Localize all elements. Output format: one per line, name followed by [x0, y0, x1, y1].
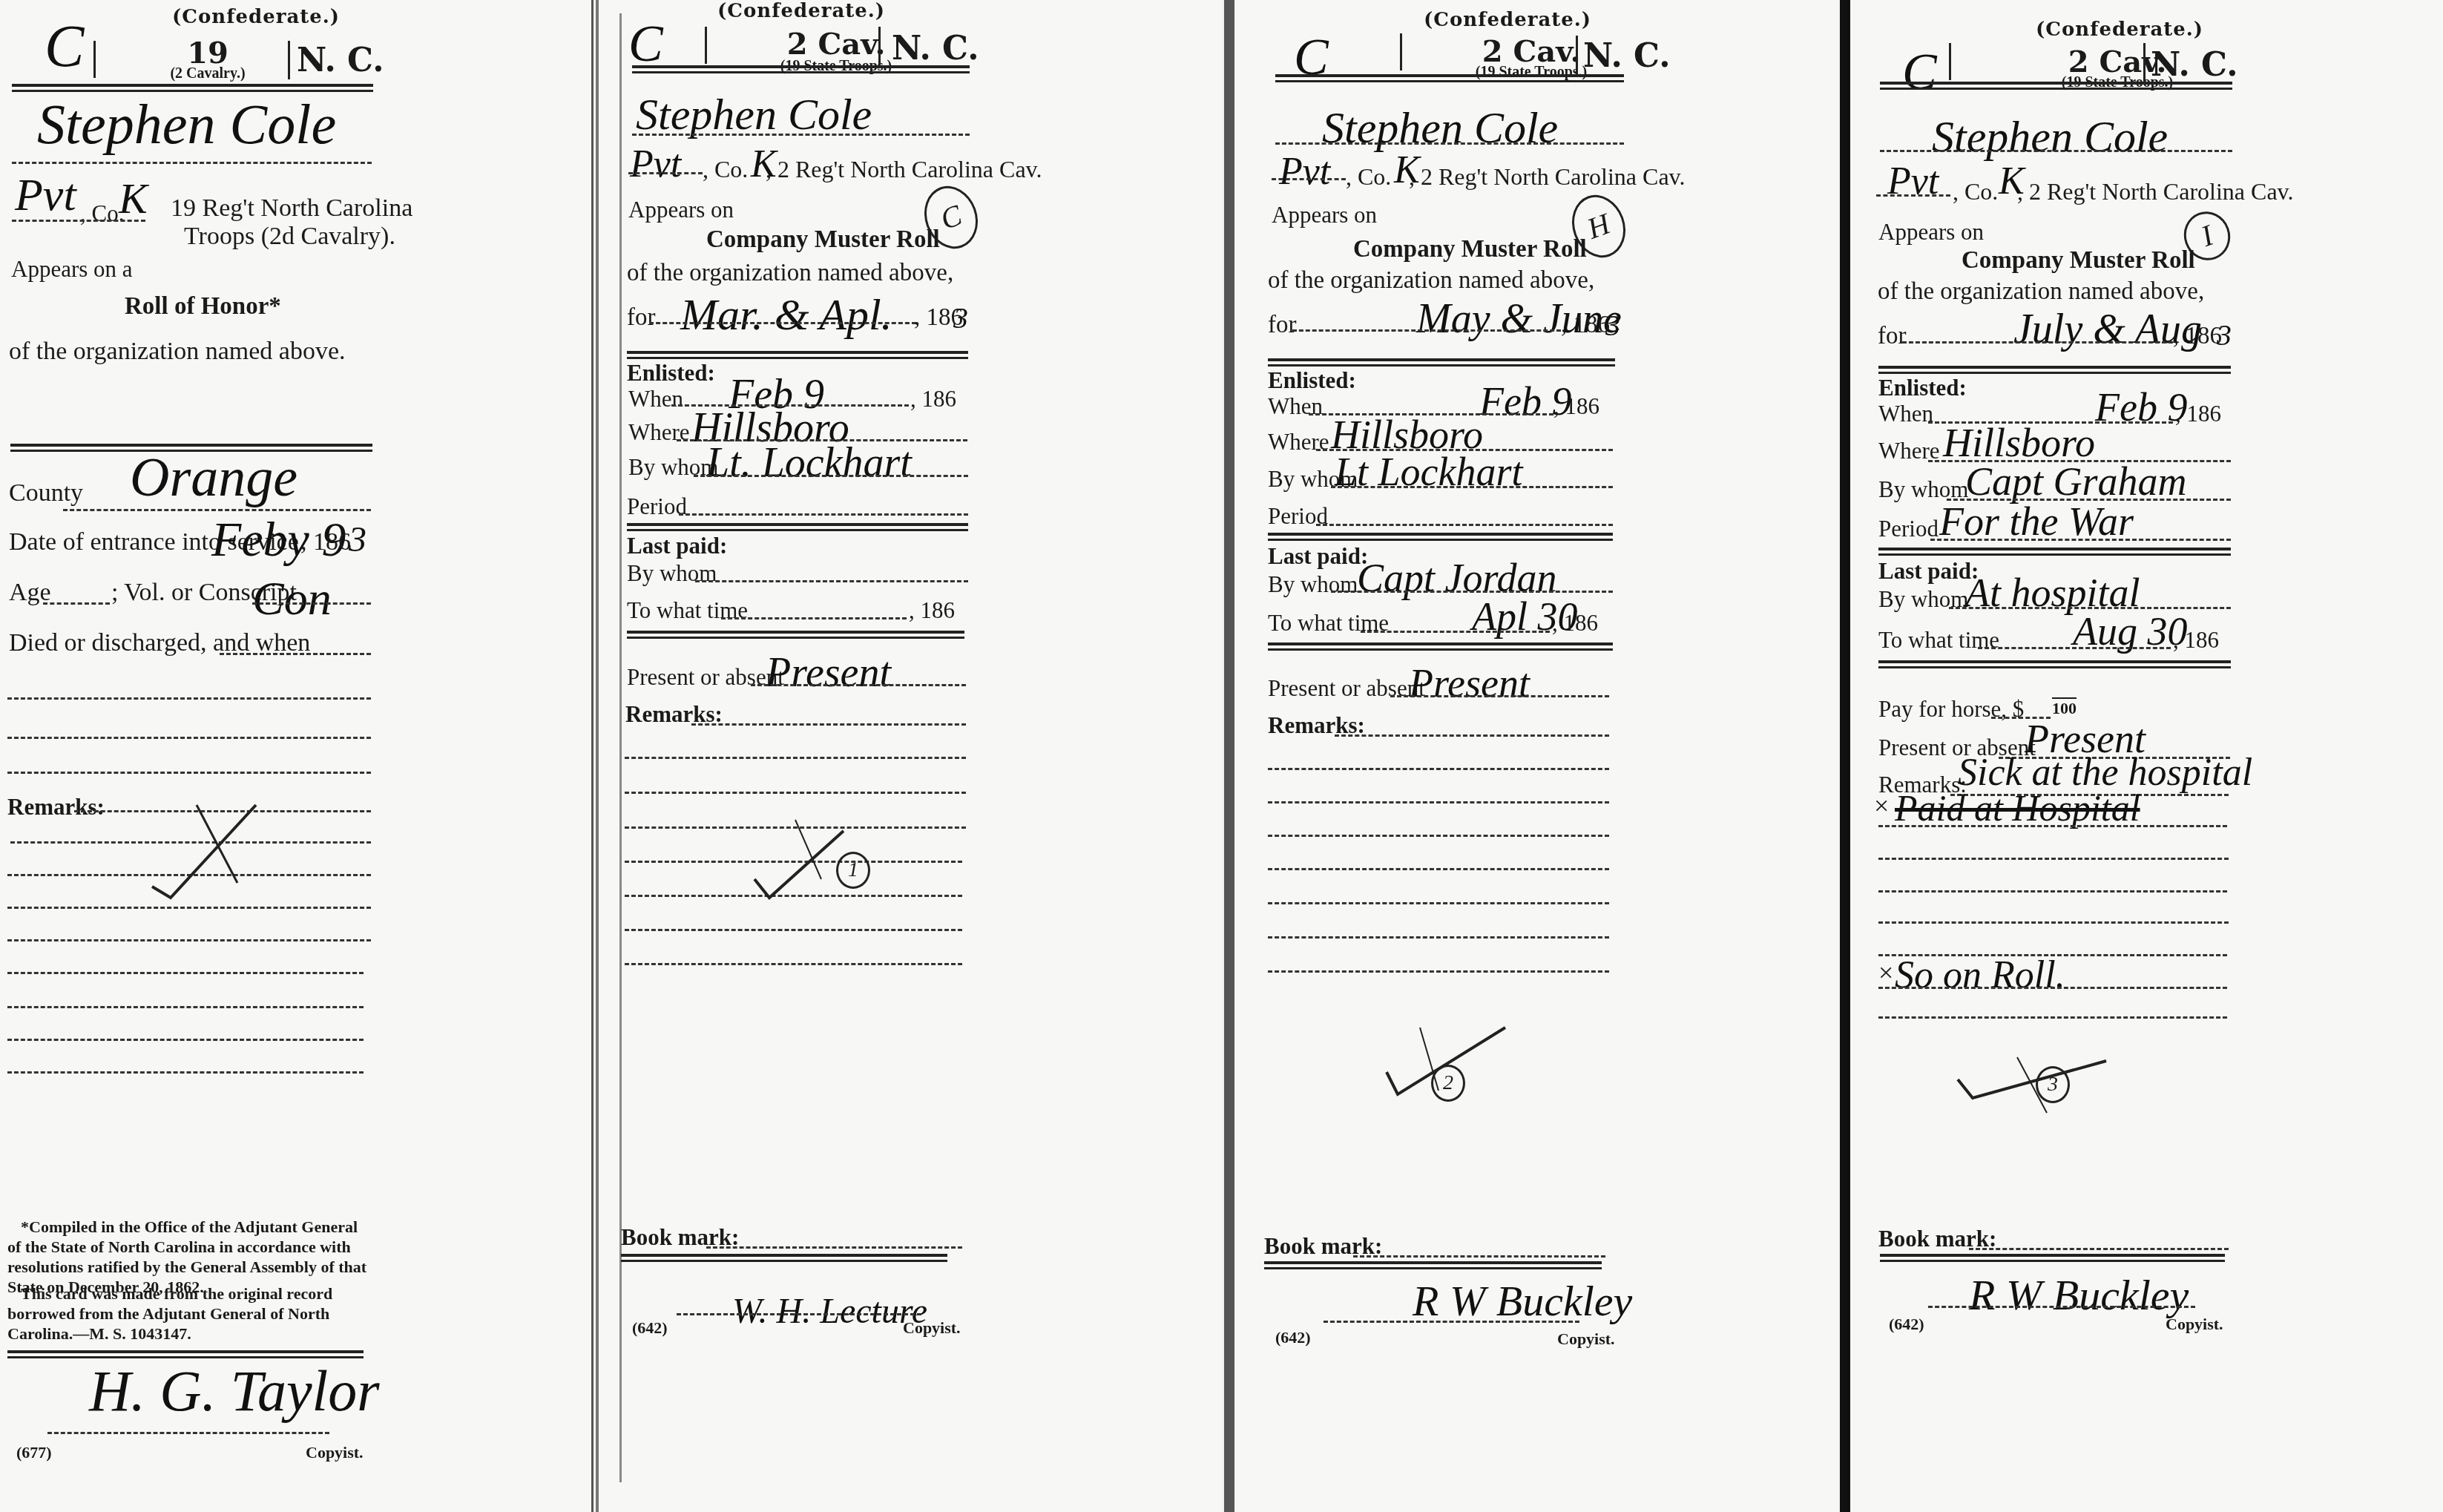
card-roll-of-honor: (Confederate.) C 19 (2 Cavalry.) N. C. S…: [0, 0, 594, 1512]
rank-line: [1876, 194, 1950, 197]
soldier-name: Stephen Cole: [1322, 102, 1558, 154]
remarks-x-mark: ×: [1878, 957, 1893, 988]
where-label: Where: [1268, 429, 1329, 456]
double-rule: [12, 84, 373, 92]
period-line: [1316, 524, 1613, 526]
roll-title: Company Muster Roll: [706, 226, 940, 254]
to-what-time-label: To what time: [1878, 627, 1999, 654]
double-rule: [621, 1254, 947, 1262]
remarks-line: [625, 792, 966, 794]
when-year: , 186: [2175, 401, 2221, 427]
for-year-suffix: 3: [2217, 318, 2232, 352]
rank-line: [1272, 178, 1346, 180]
paid-by-whom-line: [695, 580, 968, 582]
to-what-time-year: , 186: [2173, 627, 2219, 654]
last-paid-label: Last paid:: [1878, 558, 1979, 585]
remarks-label: Remarks:: [7, 794, 105, 821]
divider: [93, 41, 96, 78]
soldier-name: Stephen Cole: [636, 89, 872, 140]
for-period-value: Mar. & Apl.: [680, 289, 892, 341]
divider: [2143, 43, 2146, 82]
enlisted-label: Enlisted:: [1268, 367, 1356, 394]
organization-text: of the organization named above,: [1878, 278, 2204, 306]
remarks-line: [625, 929, 962, 931]
state-abbrev: N. C.: [1583, 37, 1671, 75]
for-label: for: [627, 304, 655, 332]
period-value: For the War: [1939, 499, 2134, 545]
organization-text: of the organization named above.: [9, 338, 346, 366]
double-rule: [627, 523, 968, 531]
period-label: Period: [627, 493, 687, 520]
period-line: [1930, 539, 2231, 541]
copyist-label: Copyist.: [2166, 1315, 2223, 1334]
double-rule: [1268, 358, 1615, 367]
rank-line: [12, 220, 145, 222]
name-line: [1880, 150, 2232, 152]
confederate-header: (Confederate.): [2036, 19, 2203, 41]
divider: [1949, 43, 1951, 80]
rank: Pvt: [15, 169, 76, 222]
when-label: When: [1878, 401, 1933, 427]
enlisted-by-whom-value: Capt Graham: [1965, 458, 2187, 504]
circled-number-mark: 2: [1431, 1065, 1465, 1102]
entrance-year-prefix: , 186: [300, 528, 351, 556]
present-line: [751, 684, 966, 686]
regiment-text: , 2 Reg't North Carolina Cav.: [766, 156, 1042, 183]
regiment-line-1: 19 Reg't North Carolina: [171, 194, 412, 223]
remarks-line: [7, 1006, 364, 1008]
double-rule: [1878, 660, 2231, 668]
regiment-text: , 2 Reg't North Carolina Cav.: [1409, 163, 1686, 191]
present-absent-value: Present: [1409, 660, 1530, 706]
when-label: When: [628, 386, 683, 412]
remarks-line: [1268, 936, 1609, 939]
remarks-line: [691, 723, 966, 726]
last-paid-label: Last paid:: [1268, 543, 1368, 570]
book-mark-line: [706, 1246, 962, 1249]
county-value: Orange: [130, 447, 297, 510]
name-line: [632, 134, 970, 136]
remarks-line: [625, 963, 962, 965]
for-year-suffix: 3: [1605, 308, 1620, 343]
copyist-signature: R W Buckley: [1413, 1276, 1632, 1326]
form-number: (642): [1889, 1315, 1924, 1334]
remarks-line: [1268, 835, 1609, 837]
present-absent-label: Present or absent: [1268, 675, 1425, 702]
company-label: , Co.: [1953, 178, 1998, 206]
card-border: [619, 13, 622, 1482]
roll-title: Company Muster Roll: [1962, 247, 2195, 275]
state-abbrev: N. C.: [297, 42, 384, 79]
regiment-text: , 2 Reg't North Carolina Cav.: [2017, 178, 2294, 206]
circled-number-mark: 1: [836, 852, 870, 889]
present-line: [1390, 695, 1609, 697]
name-line: [12, 162, 372, 164]
confederate-header: (Confederate.): [1424, 9, 1591, 31]
county-line: [63, 509, 371, 511]
card-initial: C: [45, 13, 84, 81]
by-whom-line: [1331, 486, 1613, 488]
copyist-signature: R W Buckley: [1969, 1270, 2189, 1320]
remarks-line: [625, 757, 966, 759]
appears-on-text: Appears on a: [11, 256, 133, 283]
appears-on-text: Appears on: [1878, 219, 1984, 246]
signature-line: [1928, 1306, 2195, 1308]
divider: [705, 27, 707, 64]
remarks-line: [1268, 902, 1609, 904]
form-number: (642): [1275, 1328, 1311, 1347]
for-label: for: [1878, 323, 1906, 350]
divider: [1400, 33, 1402, 70]
vol-conscript-value: Con: [252, 571, 332, 626]
double-rule: [1275, 74, 1624, 82]
paid-by-whom-label: By whom: [627, 560, 717, 587]
soldier-name: Stephen Cole: [1932, 111, 2168, 162]
signature-line: [677, 1313, 921, 1315]
state-abbrev: N. C.: [892, 30, 979, 68]
book-mark-line: [1969, 1248, 2229, 1250]
copyist-label: Copyist.: [903, 1318, 961, 1338]
checkmark-icon: [1954, 1054, 2110, 1128]
divider: [1576, 36, 1578, 74]
where-label: Where: [628, 419, 690, 446]
died-line: [220, 653, 371, 655]
for-year-prefix: , 186: [2173, 323, 2222, 350]
remarks-line: [1268, 801, 1609, 803]
enlisted-label: Enlisted:: [627, 360, 715, 387]
to-what-time-line: [721, 617, 907, 619]
company-label: , Co.: [80, 200, 124, 227]
blank-line: [7, 737, 371, 739]
to-what-time-line: [1978, 647, 2171, 649]
name-line: [1275, 142, 1624, 145]
period-label: Period: [1878, 516, 1939, 542]
remarks-x-mark: ×: [1874, 790, 1889, 821]
for-label: for: [1268, 312, 1296, 339]
circled-number-mark: 3: [2036, 1066, 2070, 1103]
last-paid-label: Last paid:: [627, 533, 727, 559]
double-rule: [627, 351, 968, 359]
double-rule: [627, 631, 964, 639]
to-what-time-label: To what time: [627, 597, 748, 624]
confederate-header: (Confederate.): [717, 0, 885, 22]
remarks-line: [1268, 970, 1609, 973]
enlisted-by-whom-value: Lt. Lockhart: [706, 439, 912, 487]
unit-subtitle: (2 Cavalry.): [141, 65, 274, 82]
signature-line: [47, 1432, 329, 1434]
confederate-header: (Confederate.): [172, 6, 340, 28]
remarks-line-3: So on Roll.: [1895, 953, 2065, 997]
remarks-line: [7, 907, 371, 909]
checkmark-icon: [751, 816, 847, 905]
remarks-line: [1335, 734, 1609, 737]
remarks-line: [1878, 987, 2227, 989]
double-rule: [1878, 548, 2231, 556]
entrance-year-suffix: 3: [349, 519, 366, 560]
double-rule: [1268, 533, 1613, 541]
for-line: [1292, 329, 1561, 332]
remarks-line: [1878, 825, 2227, 827]
appears-on-text: Appears on: [628, 197, 734, 223]
divider: [288, 41, 290, 79]
roll-title: Roll of Honor*: [125, 293, 281, 321]
double-rule: [1878, 366, 2231, 374]
remarks-line: [1268, 768, 1609, 770]
card-initial: C: [1902, 43, 1937, 102]
remarks-line: [1268, 868, 1609, 870]
for-line: [649, 322, 916, 324]
remarks-line: [1878, 1016, 2227, 1019]
age-line: [43, 602, 110, 605]
soldier-name: Stephen Cole: [37, 93, 336, 157]
appears-on-text: Appears on: [1272, 202, 1377, 229]
remarks-line: [1878, 890, 2227, 893]
paid-by-whom-line: [1331, 591, 1613, 593]
remarks-line: [7, 939, 371, 941]
signature-line: [1324, 1321, 1579, 1323]
vol-line: [252, 602, 371, 605]
to-what-time-line: [1361, 631, 1550, 633]
double-rule: [1268, 642, 1613, 651]
copyist-label: Copyist.: [306, 1443, 364, 1462]
rank: Pvt: [1279, 150, 1330, 194]
rank: Pvt: [1887, 160, 1939, 203]
to-what-time-year: , 186: [1552, 610, 1598, 637]
copyist-label: Copyist.: [1557, 1329, 1615, 1349]
blank-line: [7, 697, 371, 700]
company-label: , Co.: [1346, 163, 1391, 191]
divider: [878, 27, 881, 65]
when-year: , 186: [1553, 393, 1599, 420]
book-mark-line: [1353, 1255, 1605, 1258]
double-rule: [632, 65, 970, 73]
copyist-signature: H. G. Taylor: [89, 1358, 380, 1424]
remarks-line: [7, 972, 364, 974]
checkmark-icon: [148, 801, 267, 905]
for-year-suffix: 3: [953, 300, 968, 335]
double-rule: [1880, 82, 2232, 90]
blank-line: [7, 772, 371, 774]
footnote-source: This card was made from the original rec…: [7, 1283, 367, 1344]
by-whom-line: [694, 475, 968, 477]
for-year-prefix: , 186: [1561, 312, 1610, 339]
rank: Pvt: [630, 142, 681, 186]
when-label: When: [1268, 393, 1323, 420]
remarks-line: [1878, 921, 2229, 924]
organization-text: of the organization named above,: [627, 260, 953, 287]
organization-text: of the organization named above,: [1268, 267, 1594, 295]
remarks-line: [1878, 858, 2229, 860]
for-line: [1902, 341, 2173, 344]
period-line: [679, 513, 968, 516]
remarks-line: [7, 1039, 364, 1041]
card-muster-roll-may-june: (Confederate.) C 2 Cav. (19 State Troops…: [1224, 0, 1838, 1512]
double-rule: [1880, 1254, 2225, 1262]
rank-line: [628, 172, 703, 174]
to-what-time-year: , 186: [909, 597, 955, 624]
present-absent-value: Present: [766, 649, 891, 697]
card-muster-roll-mar-apr: (Confederate.) C 2 Cav. (19 State Troops…: [596, 0, 1223, 1512]
county-label: County: [9, 479, 83, 507]
regiment-line-2: Troops (2d Cavalry).: [184, 223, 395, 251]
remarks-line-2-struck: Paid at Hospital: [1895, 786, 2140, 829]
company-letter: K: [119, 174, 148, 223]
paid-by-whom-label: By whom: [1268, 571, 1358, 598]
card-muster-roll-jul-aug: (Confederate.) C 2 Cav. (19 State Troops…: [1840, 0, 2443, 1512]
state-abbrev: N. C.: [2151, 46, 2238, 84]
roll-title: Company Muster Roll: [1353, 236, 1587, 263]
copyist-signature: W. H. Lecture: [732, 1291, 927, 1332]
when-year: , 186: [910, 386, 956, 412]
company-label: , Co.: [703, 156, 748, 183]
present-absent-label: Present or absent: [627, 664, 784, 691]
double-rule: [1264, 1261, 1602, 1269]
form-number: (642): [632, 1318, 668, 1338]
enlisted-label: Enlisted:: [1878, 375, 1967, 401]
form-number: (677): [16, 1443, 52, 1462]
remarks-line: [7, 1071, 364, 1074]
